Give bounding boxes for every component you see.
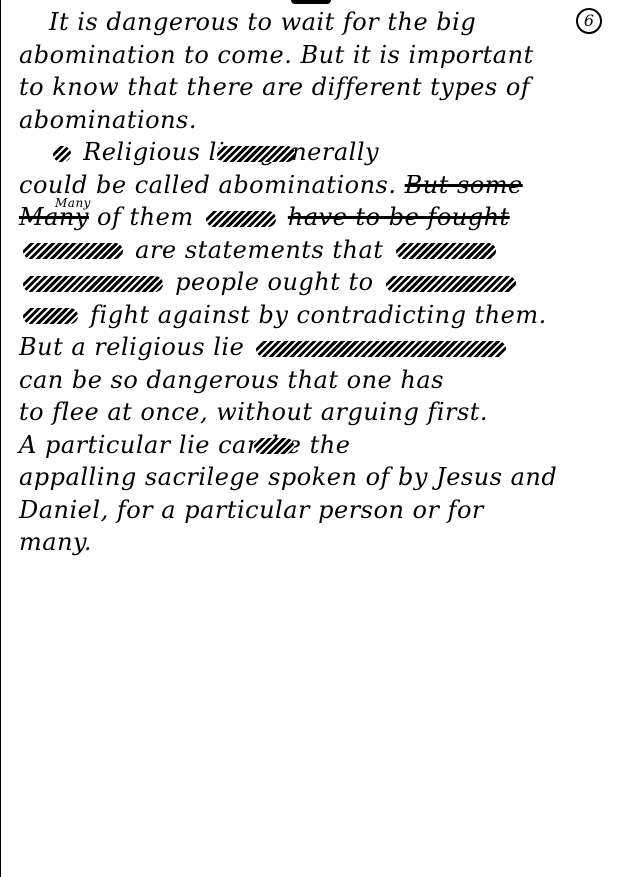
scribbled-out-word [53, 146, 71, 162]
scribbled-out-word [386, 276, 516, 292]
scribbled-out-word [23, 276, 163, 292]
text-line: to know that there are different types o… [19, 71, 619, 104]
ink-smudge [291, 0, 331, 4]
scribbled-out-word [256, 341, 506, 357]
struck-through-text: have to be fought [288, 203, 510, 231]
struck-through-text: But some [405, 171, 523, 199]
text-line: abomination to come. But it is important [19, 39, 619, 72]
text-segment: A particular lie can be the [19, 431, 350, 459]
text-line: Many Many of them have to be fought [19, 201, 619, 234]
text-line: Religious lies generally [19, 136, 619, 169]
scribbled-out-word [254, 438, 294, 454]
text-line: appalling sacrilege spoken of by Jesus a… [19, 461, 619, 494]
handwritten-text: It is dangerous to wait for the big abom… [19, 6, 619, 559]
inserted-word: Many [55, 187, 91, 220]
text-segment: are statements that [135, 236, 383, 264]
text-segment: But a religious lie [19, 333, 244, 361]
text-segment: of them [97, 203, 194, 231]
text-segment: people ought to [175, 268, 373, 296]
text-line: many. [19, 526, 619, 559]
text-line: It is dangerous to wait for the big [19, 6, 619, 39]
scribbled-out-word [206, 211, 276, 227]
handwritten-page: 6 It is dangerous to wait for the big ab… [0, 0, 638, 877]
text-line: abominations. [19, 104, 619, 137]
text-line: Daniel, for a particular person or for [19, 494, 619, 527]
text-line: A particular lie can be the [19, 429, 619, 462]
scribbled-out-word [396, 243, 496, 259]
scribbled-out-word [217, 146, 295, 162]
text-line: people ought to [19, 266, 619, 299]
text-segment: fight against by contradicting them. [90, 301, 547, 329]
text-line: But a religious lie [19, 331, 619, 364]
text-line: can be so dangerous that one has [19, 364, 619, 397]
scribbled-out-word [23, 308, 78, 324]
text-line: to flee at once, without arguing first. [19, 396, 619, 429]
text-line: are statements that [19, 234, 619, 267]
text-line: fight against by contradicting them. [19, 299, 619, 332]
text-line: could be called abominations. But some [19, 169, 619, 202]
scribbled-out-word [23, 243, 123, 259]
